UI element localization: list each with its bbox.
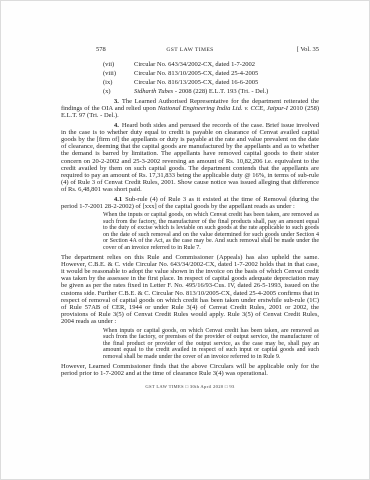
paragraph-commissioner-finding: However, Learned Commissioner finds that… bbox=[61, 363, 319, 377]
citation-marker: (vii) bbox=[103, 60, 134, 69]
paragraph-number: 4. bbox=[114, 122, 122, 129]
citation-text: Sidharth Tubes - 2008 (228) E.L.T. 193 (… bbox=[134, 87, 268, 96]
citation-text: Circular No. 816/13/2005-CX, dated 16-6-… bbox=[134, 78, 258, 87]
paragraph-number: 4.1 bbox=[114, 196, 125, 203]
citation-item: (ix) Circular No. 816/13/2005-CX, dated … bbox=[103, 78, 319, 87]
paragraph-4-1: 4.1Sub-rule (4) of Rule 3 as it existed … bbox=[61, 196, 319, 210]
citation-item: (viii) Circular No. 813/10/2005-CX, date… bbox=[103, 69, 319, 78]
paragraph-text: Sub-rule (4) of Rule 3 as it existed at … bbox=[61, 196, 319, 210]
case-name: Sidharth Tubes bbox=[134, 88, 173, 95]
page-number: 578 bbox=[96, 46, 106, 53]
paragraph-department-relies: The department relies on this Rule and C… bbox=[61, 254, 319, 326]
scanned-journal-page: 578 GST LAW TIMES [ Vol. 35 (vii) Circul… bbox=[0, 0, 370, 480]
running-header: 578 GST LAW TIMES [ Vol. 35 bbox=[61, 46, 319, 55]
citation-item: (vii) Circular No. 643/34/2002-CX, dated… bbox=[103, 60, 319, 69]
journal-title: GST LAW TIMES bbox=[166, 47, 213, 54]
citation-text: Circular No. 643/34/2002-CX, dated 1-7-2… bbox=[134, 60, 255, 69]
page-footer: GST LAW TIMES □ 30th April 2020 □ 93 bbox=[61, 384, 319, 389]
paragraph-text: Heard both sides and perused the records… bbox=[61, 122, 319, 194]
paragraph-number: 3. bbox=[114, 98, 122, 105]
paragraph-3: 3.The Learned Authorised Representative … bbox=[61, 98, 319, 120]
blockquote-rule-3-5: When inputs or capital goods, on which C… bbox=[103, 328, 319, 361]
paragraph-4: 4.Heard both sides and perused the recor… bbox=[61, 122, 319, 194]
citation-marker: (ix) bbox=[103, 78, 134, 87]
citation-marker: (viii) bbox=[103, 69, 134, 78]
citation-list: (vii) Circular No. 643/34/2002-CX, dated… bbox=[103, 60, 319, 96]
blockquote-rule-3-4: When the inputs or capital goods, on whi… bbox=[103, 212, 319, 252]
citation-text: Circular No. 813/10/2005-CX, dated 25-4-… bbox=[134, 69, 258, 78]
citation-item: (x) Sidharth Tubes - 2008 (228) E.L.T. 1… bbox=[103, 87, 319, 96]
citation-marker: (x) bbox=[103, 87, 134, 96]
case-name: National Engineering India Ltd. v. CCE, … bbox=[158, 105, 288, 112]
volume-label: [ Vol. 35 bbox=[297, 46, 319, 53]
page-content: 578 GST LAW TIMES [ Vol. 35 (vii) Circul… bbox=[61, 46, 319, 389]
